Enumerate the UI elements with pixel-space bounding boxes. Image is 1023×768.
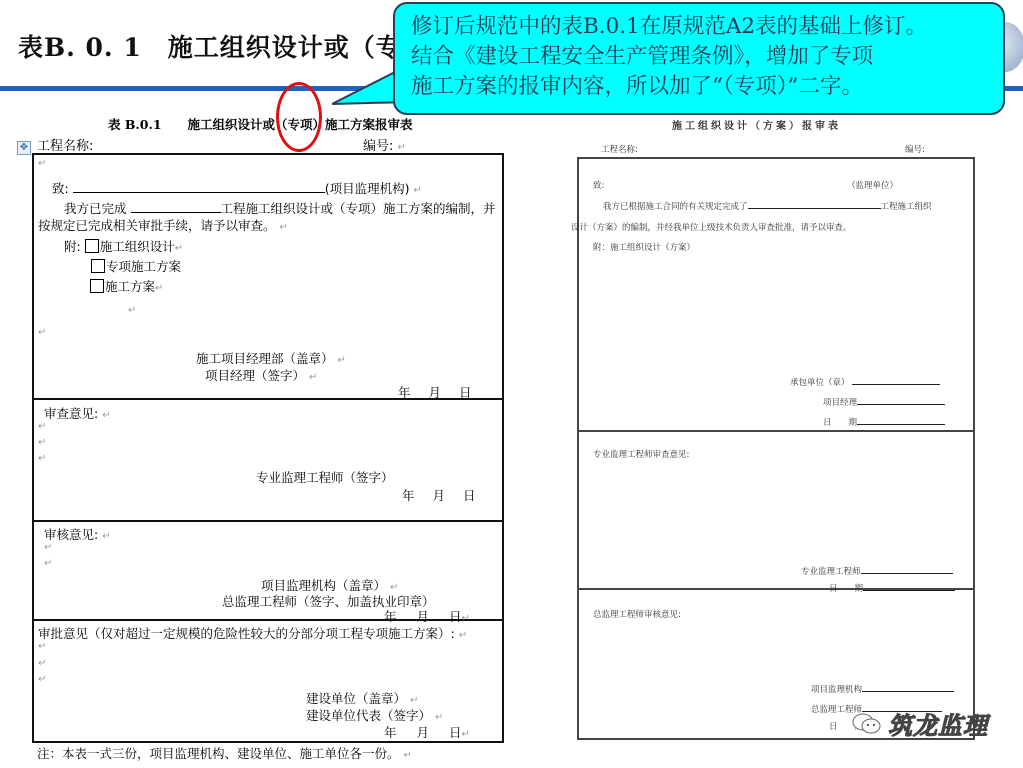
old-attachment: 附：施工组织设计（方案）: [593, 241, 695, 253]
old-audit-label: 总监理工程师审核意见:: [593, 608, 681, 620]
old-engineer-line: 专业监理工程师: [801, 564, 953, 577]
signature-org: 施工项目经理部（盖章） ↵: [196, 349, 346, 367]
date-line: 年 月 日↵: [384, 723, 470, 741]
body-line-1: 我方已完成 工程施工组织设计或（专项）施工方案的编制，并: [64, 199, 496, 217]
old-body-line-2: 设计（方案）的编制，并经我单位上级技术负责人审查批准，请予以审查。: [571, 221, 852, 233]
form-number-label: 编号: ↵: [363, 135, 406, 154]
review-section: 审查意见: ↵ ↵ ↵ ↵ 专业监理工程师（签字） 年 月 日: [34, 400, 502, 522]
callout-line: 施工方案的报审内容，所以加了“（专项）”二字。: [411, 72, 993, 102]
date-line: 年 月 日: [398, 383, 472, 401]
project-field[interactable]: [131, 200, 221, 213]
signature-person: 项目经理（签字） ↵: [205, 366, 317, 384]
highlight-ellipse: [276, 82, 322, 152]
attachment-item: 专项施工方案: [91, 257, 181, 275]
old-contractor-line: 承包单位（章）: [790, 375, 940, 388]
table-move-handle-icon[interactable]: ✥: [17, 141, 31, 155]
watermark: 筑龙监理: [852, 706, 988, 741]
old-body-line-1: 我方已根据施工合同的有关规定完成了工程施工组织: [603, 199, 932, 212]
wechat-icon: [852, 712, 882, 736]
new-form-table: ↵ 致: (项目监理机构) ↵ 我方已完成 工程施工组织设计或（专项）施工方案的…: [32, 153, 504, 743]
audit-section: 审核意见: ↵ ↵ ↵ 项目监理机构（盖章） ↵ 总监理工程师（签字、加盖执业印…: [34, 522, 502, 621]
attachment-item: 施工方案↵: [90, 277, 163, 295]
audit-label: 审核意见: ↵: [44, 525, 111, 543]
signature-person: 建设单位代表（签字） ↵: [306, 706, 443, 724]
callout-line: 结合《建设工程安全生产管理条例》，增加了专项: [411, 42, 993, 72]
old-project-name-label: 工程名称:: [601, 143, 638, 155]
addressee-line: 致: (项目监理机构) ↵: [52, 179, 422, 197]
old-form-title: 施工组织设计（方案）报审表: [672, 117, 841, 132]
addressee-field[interactable]: [73, 180, 325, 193]
annotation-callout: 修订后规范中的表B.0.1在原规范A2表的基础上修订。 结合《建设工程安全生产管…: [393, 2, 1005, 115]
checkbox[interactable]: [85, 239, 99, 253]
review-label: 审查意见: ↵: [44, 404, 111, 422]
new-form-title: 表 B.0.1施工组织设计或（专项）施工方案报审表: [108, 115, 413, 133]
old-form-number-label: 编号:: [905, 143, 925, 155]
checkbox[interactable]: [90, 279, 104, 293]
signature-org: 建设单位（盖章） ↵: [306, 689, 418, 707]
old-review-section: 专业监理工程师审查意见: 专业监理工程师 日 期: [579, 432, 973, 590]
old-org-line: 项目监理机构: [811, 682, 954, 695]
old-submission-section: 致: （监理单位） 我方已根据施工合同的有关规定完成了工程施工组织 设计（方案）…: [579, 159, 973, 432]
approval-label: 审批意见（仅对超过一定规模的危险性较大的分部分项工程专项施工方案）: ↵: [38, 624, 467, 642]
attachment-item: 附: 施工组织设计↵: [64, 237, 183, 255]
table-number: 表 B.0.1: [108, 117, 162, 132]
form-note: 注：本表一式三份，项目监理机构、建设单位、施工单位各一份。 ↵: [37, 744, 412, 762]
old-addressee: 致:: [593, 179, 604, 191]
body-line-2: 按规定已完成相关审批手续，请予以审查。 ↵: [38, 216, 288, 234]
project-name-label: 工程名称:: [37, 135, 93, 154]
old-pm-line: 项目经理: [823, 395, 945, 408]
date-line: 年 月 日: [402, 486, 476, 504]
submission-section: ↵ 致: (项目监理机构) ↵ 我方已完成 工程施工组织设计或（专项）施工方案的…: [34, 155, 502, 400]
old-form-table: 致: （监理单位） 我方已根据施工合同的有关规定完成了工程施工组织 设计（方案）…: [577, 157, 975, 740]
old-addressee-suffix: （监理单位）: [847, 179, 898, 191]
old-project-field[interactable]: [748, 199, 881, 209]
watermark-text: 筑龙监理: [888, 706, 988, 741]
approval-section: 审批意见（仅对超过一定规模的危险性较大的分部分项工程专项施工方案）: ↵ ↵ ↵…: [34, 621, 502, 741]
checkbox[interactable]: [91, 259, 105, 273]
old-date-line: 日 期: [823, 415, 945, 428]
signature-person: 专业监理工程师（签字）: [256, 468, 394, 486]
old-review-label: 专业监理工程师审查意见:: [593, 448, 689, 460]
callout-line: 修订后规范中的表B.0.1在原规范A2表的基础上修订。: [411, 12, 993, 42]
